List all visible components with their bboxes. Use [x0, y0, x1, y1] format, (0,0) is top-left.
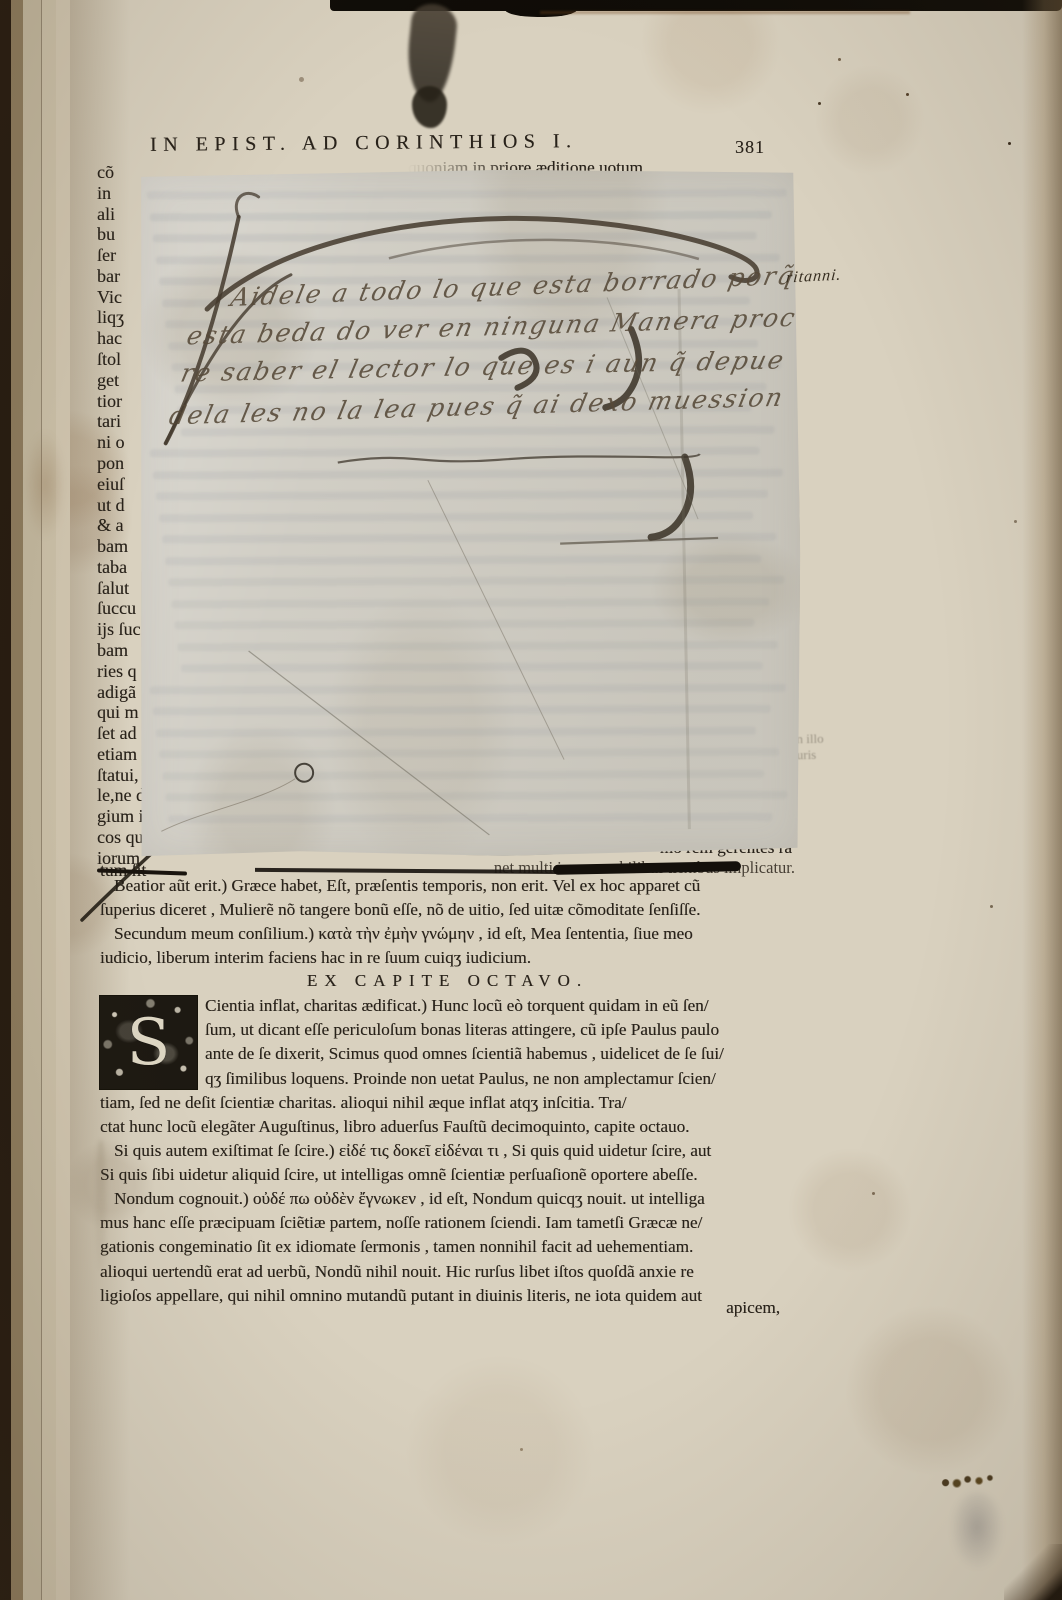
text-line: tiam, ſed ne deſit ſcientiæ charitas. al… [100, 1091, 689, 1115]
left-column-text-fragments: cõinalibuſerbarVicliqʒhacſtolgettiortari… [97, 162, 149, 869]
paragraph-nondum: Nondum cognouit.) οὐδέ πω οὐδὲν ἔγνωκεν … [100, 1187, 705, 1308]
drop-cap-letter: S [127, 1011, 171, 1075]
text-line: alioqui uertendũ erat ad uerbũ, Nondũ ni… [100, 1260, 705, 1284]
text-fragment: tior [97, 391, 149, 412]
page-edge-layer [23, 0, 42, 1600]
text-line: Cientia inflat, charitas ædificat.) Hunc… [205, 994, 724, 1018]
text-fragment: ni o [97, 432, 149, 453]
text-fragment: ſet ad [97, 723, 149, 744]
ink-blot [412, 86, 447, 128]
photo-corner-shadow [1004, 1544, 1062, 1600]
marginal-handwriting: ritanni. [785, 266, 842, 287]
page-edge-layer [42, 0, 57, 1600]
text-line: mus hanc eſſe præcipuam ſciẽtiæ partem, … [100, 1211, 705, 1235]
text-fragment: ries q [97, 661, 149, 682]
book-photo: IN EPIST. AD CORINTHIOS I. 381 quoniam i… [0, 0, 1062, 1600]
text-line: qʒ ſimilibus loquens. Proinde non uetat … [205, 1067, 724, 1091]
woodcut-initial-S: S [100, 996, 197, 1089]
text-fragment: pon [97, 453, 149, 474]
crease-line [428, 480, 564, 761]
pasted-censor-slip: Aidele a todo lo que esta borrado porq̃ … [139, 169, 802, 858]
text-fragment: get [97, 370, 149, 391]
hairline [161, 779, 295, 832]
text-line: Si quis autem exiſtimat ſe ſcire.) εἰδέ … [100, 1139, 711, 1163]
paragraph-siquis: Si quis autem exiſtimat ſe ſcire.) εἰδέ … [100, 1139, 711, 1187]
paragraph-scientia-full: tiam, ſed ne deſit ſcientiæ charitas. al… [100, 1091, 689, 1139]
page-stain [24, 430, 66, 540]
photo-background-edge [505, 0, 577, 17]
crease-line [249, 650, 490, 836]
pen-rule [560, 538, 718, 544]
text-fragment: bar [97, 266, 149, 287]
scorch-mark [540, 11, 910, 14]
text-fragment: bam [97, 640, 149, 661]
text-line: iudicio, liberum interim faciens hac in … [100, 946, 693, 970]
text-fragment: bam [97, 536, 149, 557]
text-fragment: qui m [97, 702, 149, 723]
book-binding-edge [0, 0, 11, 1600]
text-fragment: eiuſ [97, 474, 149, 495]
circle-mark [295, 764, 313, 782]
text-fragment: & a [97, 515, 149, 536]
pen-squiggle-line [338, 454, 700, 463]
page-number: 381 [735, 137, 765, 158]
page-right-edge-shadow [1022, 0, 1062, 1600]
text-fragment: ſuccu [97, 598, 149, 619]
text-fragment: ſalut [97, 578, 149, 599]
flourish-arc-inner [389, 239, 699, 260]
text-fragment: hac [97, 328, 149, 349]
text-fragment: taba [97, 557, 149, 578]
page-edge-layer [56, 0, 71, 1600]
text-line: Si quis ſibi uidetur aliquid ſcire, ut i… [100, 1163, 711, 1187]
text-line: ctat hunc locũ elegãter Auguſtinus, libr… [100, 1115, 689, 1139]
text-fragment: adigã [97, 682, 149, 703]
running-header: IN EPIST. AD CORINTHIOS I. [150, 130, 578, 157]
paraph-hook [236, 193, 258, 217]
text-fragment: liqʒ [97, 307, 149, 328]
text-fragment: tari [97, 411, 149, 432]
text-line: Nondum cognouit.) οὐδέ πω οὐδὲν ἔγνωκεν … [100, 1187, 705, 1211]
text-fragment: ſtol [97, 349, 149, 370]
text-fragment: ſer [97, 245, 149, 266]
text-fragment: ijs ſuc [97, 619, 149, 640]
text-line: ante de ſe dixerit, Scimus quod omnes ſc… [205, 1042, 724, 1066]
gray-smudge [950, 1492, 1004, 1570]
text-fragment: etiam [97, 744, 149, 765]
paragraph-scientia-beside: Cientia inflat, charitas ædificat.) Hunc… [205, 994, 724, 1091]
catchword: apicem, [600, 1298, 780, 1318]
text-fragment: ut d [97, 495, 149, 516]
text-line: ſum, ut dicant eſſe periculoſum bonas li… [205, 1018, 724, 1042]
page-edge-layer [11, 0, 23, 1600]
text-line: gationis congeminatio ſit ex idiomate ſe… [100, 1235, 705, 1259]
chapter-heading: EX CAPITE OCTAVO. [100, 971, 795, 991]
text-fragment: Vic [97, 287, 149, 308]
page-stain [96, 1140, 106, 1270]
